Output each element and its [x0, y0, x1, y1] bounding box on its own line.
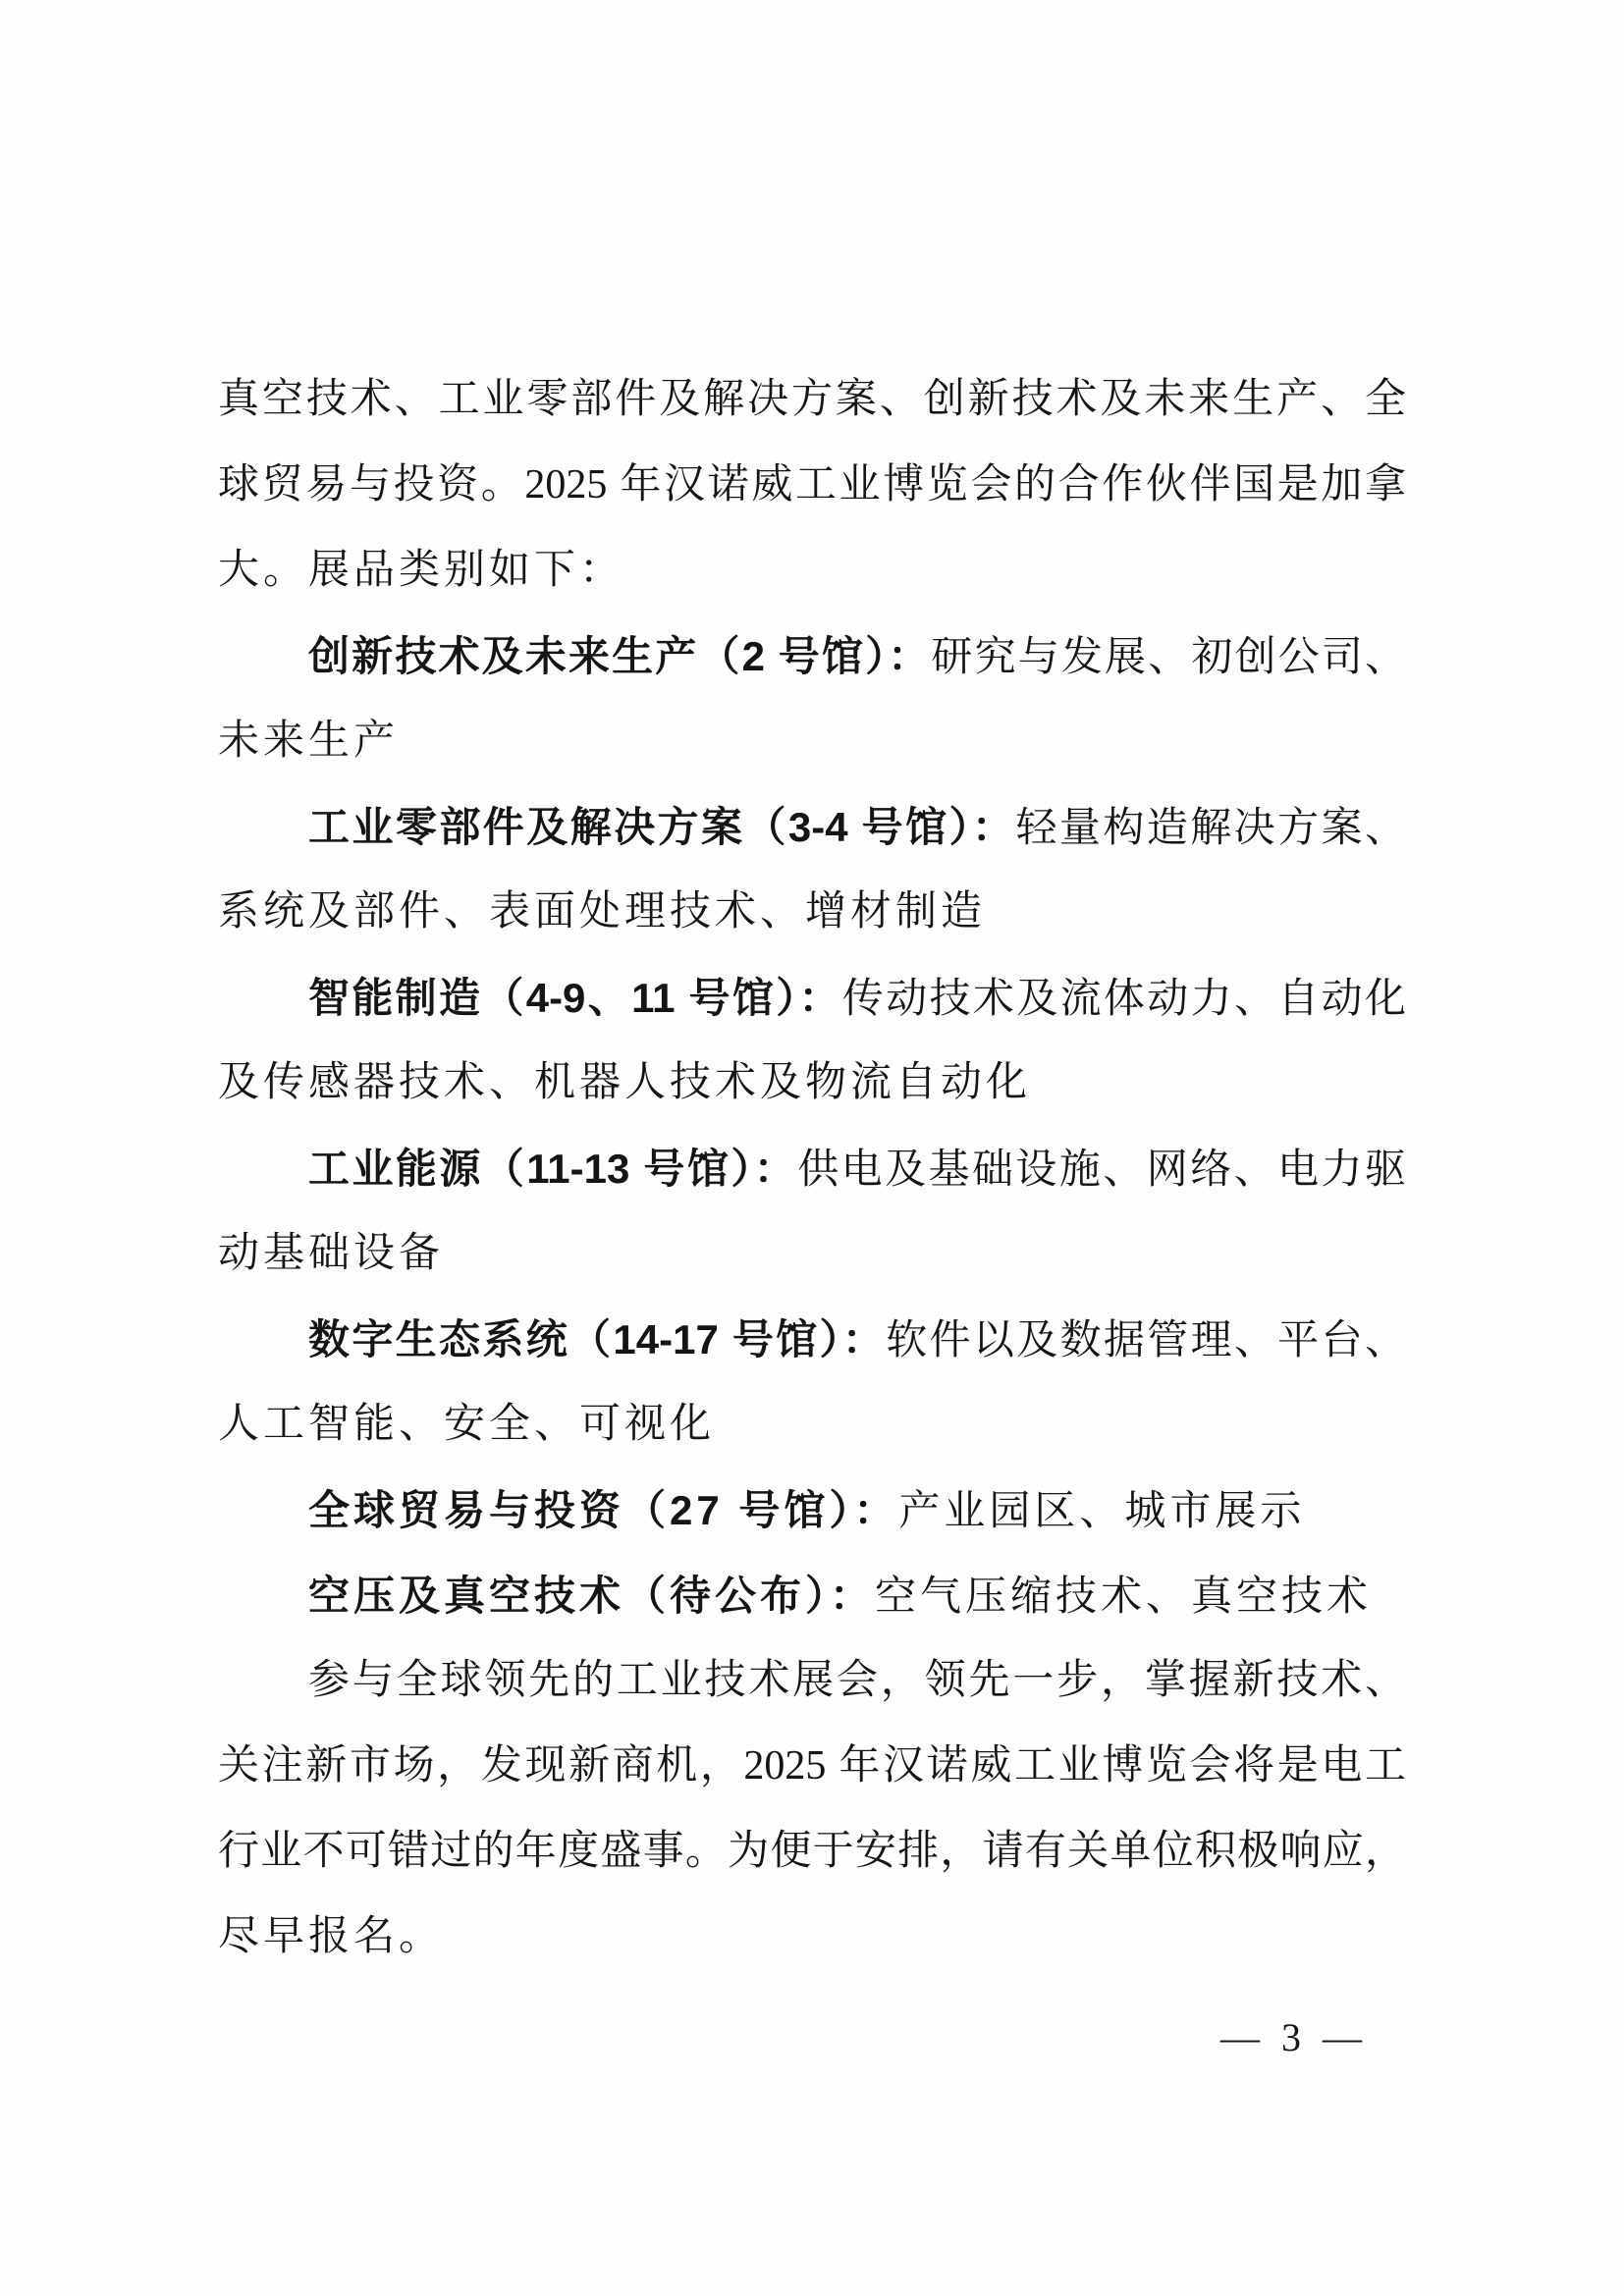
text-line-11: 数字生态系统（14-17 号馆）：软件以及数据管理、平台、 [218, 1297, 1406, 1382]
text-line-13: 全球贸易与投资（27 号馆）：产业园区、城市展示 [218, 1468, 1406, 1553]
category-heading: 空压及真空技术（待公布）： [308, 1573, 875, 1619]
text-line-10: 动基础设备 [218, 1211, 1406, 1297]
category-heading: 工业零部件及解决方案（3-4 号馆）： [308, 804, 1015, 850]
line-text: 真空技术、工业零部件及解决方案、创新技术及未来生产、全 [218, 377, 1406, 422]
line-text: 动基础设备 [218, 1231, 444, 1276]
line-text: 未来生产 [218, 719, 399, 764]
text-line-4: 未来生产 [218, 699, 1406, 784]
line-text: 及传感器技术、机器人技术及物流自动化 [218, 1060, 1031, 1105]
text-line-6: 系统及部件、表面处理技术、增材制造 [218, 870, 1406, 955]
line-text: 人工智能、安全、可视化 [218, 1402, 715, 1447]
line-text: 大。展品类别如下： [218, 548, 624, 593]
line-text: 空气压缩技术、真空技术 [875, 1575, 1372, 1620]
text-line-7: 智能制造（4-9、11 号馆）：传动技术及流体动力、自动化 [218, 955, 1406, 1041]
text-line-17: 行业不可错过的年度盛事。为便于安排，请有关单位积极响应， [218, 1809, 1406, 1895]
line-text: 产业园区、城市展示 [898, 1489, 1305, 1534]
line-text: 尽早报名。 [218, 1914, 444, 1959]
line-text: 球贸易与投资。2025 年汉诺威工业博览会的合作伙伴国是加拿 [218, 462, 1406, 507]
category-heading: 创新技术及未来生产（2 号馆）： [308, 633, 931, 679]
line-text: 参与全球领先的工业技术展会，领先一步，掌握新技术、 [308, 1658, 1406, 1703]
text-line-1: 球贸易与投资。2025 年汉诺威工业博览会的合作伙伴国是加拿 [218, 443, 1406, 528]
text-line-3: 创新技术及未来生产（2 号馆）：研究与发展、初创公司、 [218, 614, 1406, 699]
category-heading: 全球贸易与投资（27 号馆）： [308, 1487, 898, 1533]
document-page: 真空技术、工业零部件及解决方案、创新技术及未来生产、全球贸易与投资。2025 年… [0, 0, 1624, 2296]
text-line-5: 工业零部件及解决方案（3-4 号馆）：轻量构造解决方案、 [218, 784, 1406, 870]
line-text: 传动技术及流体动力、自动化 [842, 977, 1406, 1022]
text-line-14: 空压及真空技术（待公布）：空气压缩技术、真空技术 [218, 1553, 1406, 1638]
text-line-8: 及传感器技术、机器人技术及物流自动化 [218, 1041, 1406, 1126]
category-heading: 智能制造（4-9、11 号馆）： [308, 975, 842, 1021]
line-text: 研究与发展、初创公司、 [931, 635, 1406, 680]
line-text: 关注新市场，发现新商机，2025 年汉诺威工业博览会将是电工 [218, 1743, 1406, 1789]
text-line-2: 大。展品类别如下： [218, 528, 1406, 614]
category-heading: 数字生态系统（14-17 号馆）： [308, 1316, 886, 1362]
text-line-9: 工业能源（11-13 号馆）：供电及基础设施、网络、电力驱 [218, 1126, 1406, 1211]
line-text: 轻量构造解决方案、 [1015, 806, 1406, 851]
document-body: 真空技术、工业零部件及解决方案、创新技术及未来生产、全球贸易与投资。2025 年… [218, 357, 1406, 1980]
line-text: 供电及基础设施、网络、电力驱 [797, 1148, 1406, 1193]
text-line-18: 尽早报名。 [218, 1895, 1406, 1980]
text-line-0: 真空技术、工业零部件及解决方案、创新技术及未来生产、全 [218, 357, 1406, 443]
text-line-12: 人工智能、安全、可视化 [218, 1382, 1406, 1468]
page-number: — 3 — [1220, 2014, 1368, 2060]
line-text: 软件以及数据管理、平台、 [886, 1318, 1406, 1363]
category-heading: 工业能源（11-13 号馆）： [308, 1146, 797, 1192]
line-text: 行业不可错过的年度盛事。为便于安排，请有关单位积极响应， [218, 1829, 1406, 1874]
text-line-15: 参与全球领先的工业技术展会，领先一步，掌握新技术、 [218, 1638, 1406, 1724]
text-line-16: 关注新市场，发现新商机，2025 年汉诺威工业博览会将是电工 [218, 1724, 1406, 1809]
line-text: 系统及部件、表面处理技术、增材制造 [218, 889, 986, 934]
